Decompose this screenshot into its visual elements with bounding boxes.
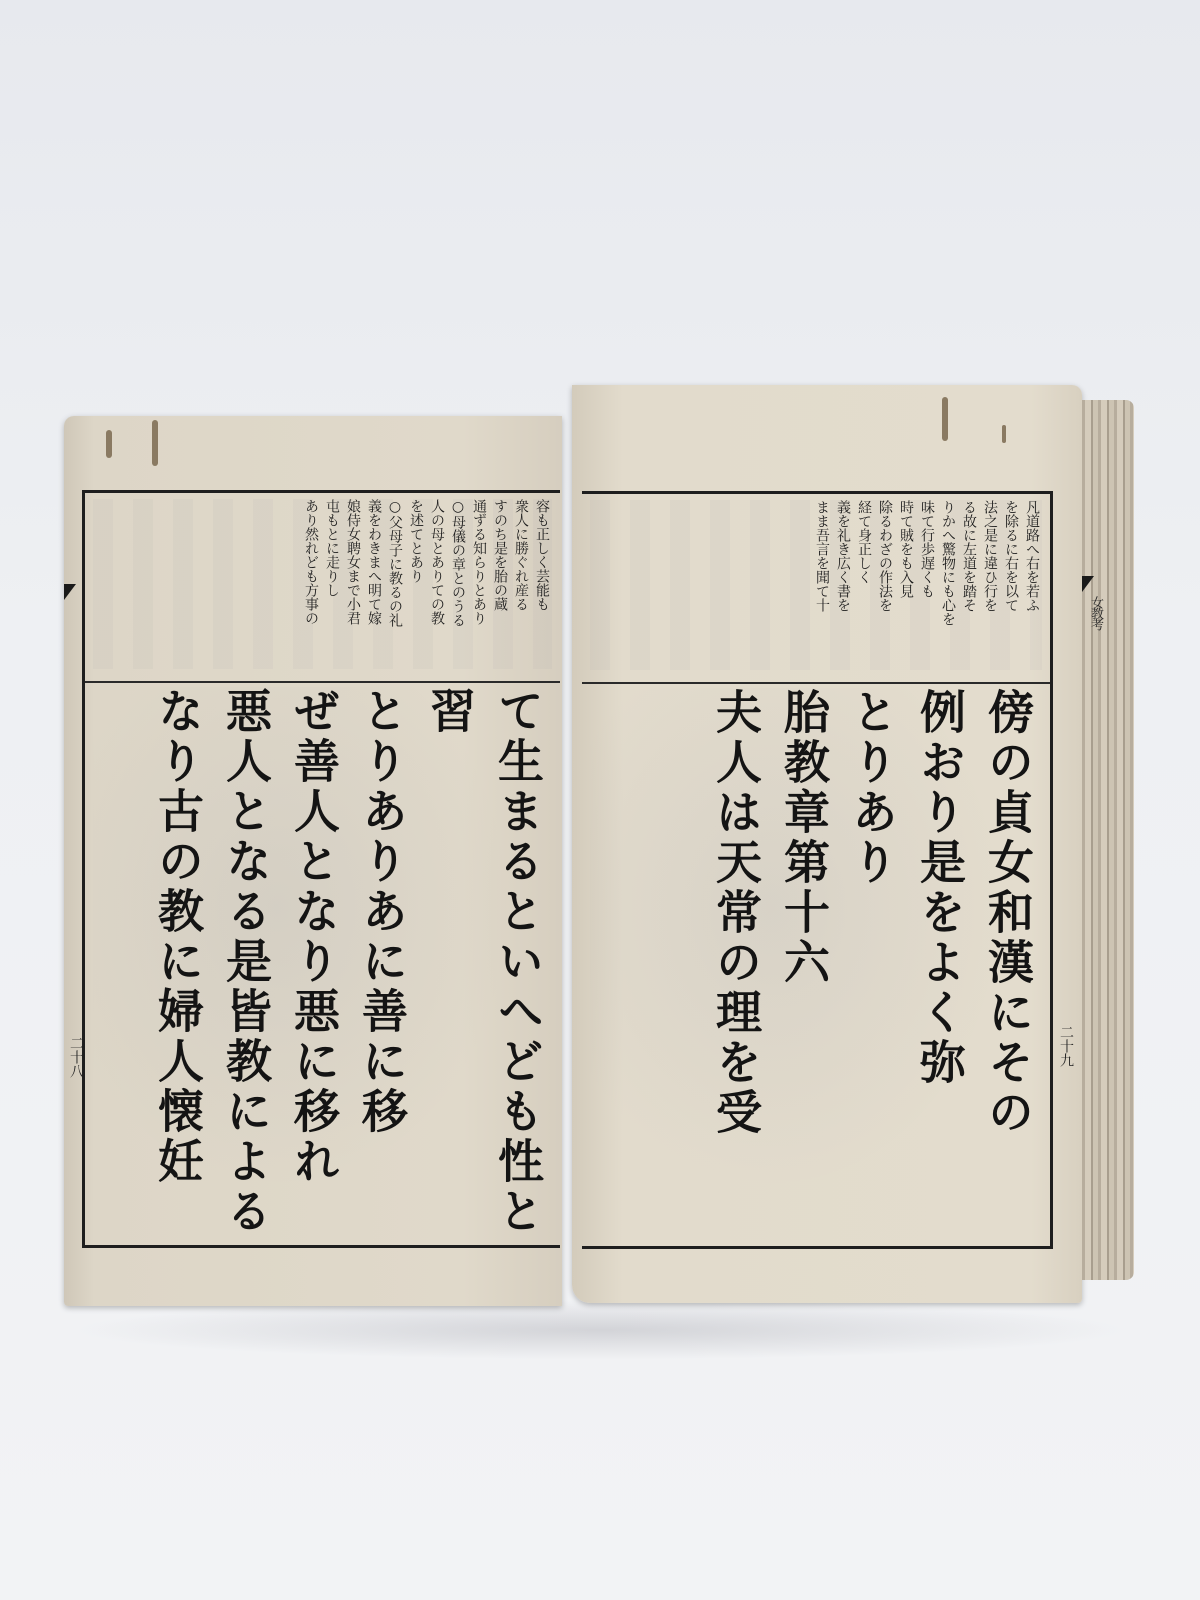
commentary-column: 屯もとに走りし (321, 499, 342, 669)
section-divider (582, 682, 1050, 684)
text-frame: 容も正しく芸能も 衆人に勝ぐれ産る すのち是を胎の蔵 通ずる知らりとあり ○母儀… (82, 490, 560, 1248)
commentary-column: 通ずる知らりとあり (468, 499, 489, 669)
main-column: 夫人は天常の理を受 (702, 688, 770, 1238)
commentary-column: 除るわざの作法を (874, 500, 895, 670)
main-column: 悪人となる是皆教による (212, 687, 280, 1237)
commentary-column: 容も正しく芸能も (531, 499, 552, 669)
commentary-column: あり然れども方事の (300, 499, 321, 669)
main-column: ぜ善人となり悪に移れ (280, 687, 348, 1237)
table-shadow (70, 1300, 1130, 1360)
commentary-column: 経て身正しく (853, 500, 874, 670)
chapter-tab-mark (64, 584, 76, 600)
worm-hole (106, 430, 112, 458)
fore-edge-label: 女教考 (1086, 596, 1105, 629)
text-frame: 凡道路へ右を若ふ を除るに右を以て 法之是に違ひ行を る故に左道を踏そ りかへ驚… (582, 491, 1053, 1249)
worm-hole (1002, 425, 1006, 443)
commentary-column: 娘侍女聘女まで小君 (342, 499, 363, 669)
main-text: て生まるといへども性と習 とりありあに善に移 ぜ善人となり悪に移れ 悪人となる是… (93, 687, 552, 1237)
commentary-column: すのち是を胎の蔵 (489, 499, 510, 669)
left-page: 二十八 容も正しく芸能も 衆人に勝ぐれ産る すのち是を胎の蔵 通ずる知らりとあり… (64, 416, 562, 1306)
book-fore-edge: 女教考 (1082, 400, 1134, 1280)
commentary-column: 時て賊をも入見 (895, 500, 916, 670)
worm-hole (942, 397, 948, 441)
chapter-tab-mark (1082, 576, 1094, 592)
commentary-column: まま吾言を聞て十 (811, 500, 832, 670)
right-page: 二十九 凡道路へ右を若ふ を除るに右を以て 法之是に違ひ行を る故に左道を踏そ … (572, 385, 1082, 1303)
commentary-column: ○父母子に教るの礼 (384, 499, 405, 669)
main-column: なり古の教に婦人懐妊 (144, 687, 212, 1237)
commentary-column: 義を礼き広く書を (832, 500, 853, 670)
main-column: 傍の貞女和漢にその (974, 688, 1042, 1238)
commentary-column: ○母儀の章とのうる (447, 499, 468, 669)
commentary-section: 凡道路へ右を若ふ を除るに右を以て 法之是に違ひ行を る故に左道を踏そ りかへ驚… (590, 500, 1042, 670)
commentary-column: 義をわきまへ明て嫁 (363, 499, 384, 669)
main-column: とりあり (838, 688, 906, 1238)
commentary-column: を述てとあり (405, 499, 426, 669)
main-column: て生まるといへども性と習 (416, 687, 552, 1237)
chapter-heading: 胎教章第十六 (770, 688, 838, 1238)
commentary-column: 味て行歩遅くも (916, 500, 937, 670)
section-divider (85, 681, 560, 683)
main-column: 例おり是をよく弥 (906, 688, 974, 1238)
commentary-column: 人の母とありての教 (426, 499, 447, 669)
commentary-column: を除るに右を以て (1000, 500, 1021, 670)
main-column: とりありあに善に移 (348, 687, 416, 1237)
main-text: 傍の貞女和漢にその 例おり是をよく弥 とりあり 胎教章第十六 夫人は天常の理を受 (590, 688, 1042, 1238)
commentary-column: 凡道路へ右を若ふ (1021, 500, 1042, 670)
commentary-column: りかへ驚物にも心を (937, 500, 958, 670)
worm-hole (152, 420, 158, 466)
commentary-column: 法之是に違ひ行を (979, 500, 1000, 670)
commentary-column: る故に左道を踏そ (958, 500, 979, 670)
commentary-column: 衆人に勝ぐれ産る (510, 499, 531, 669)
commentary-section: 容も正しく芸能も 衆人に勝ぐれ産る すのち是を胎の蔵 通ずる知らりとあり ○母儀… (93, 499, 552, 669)
page-number: 二十九 (1056, 1025, 1076, 1067)
